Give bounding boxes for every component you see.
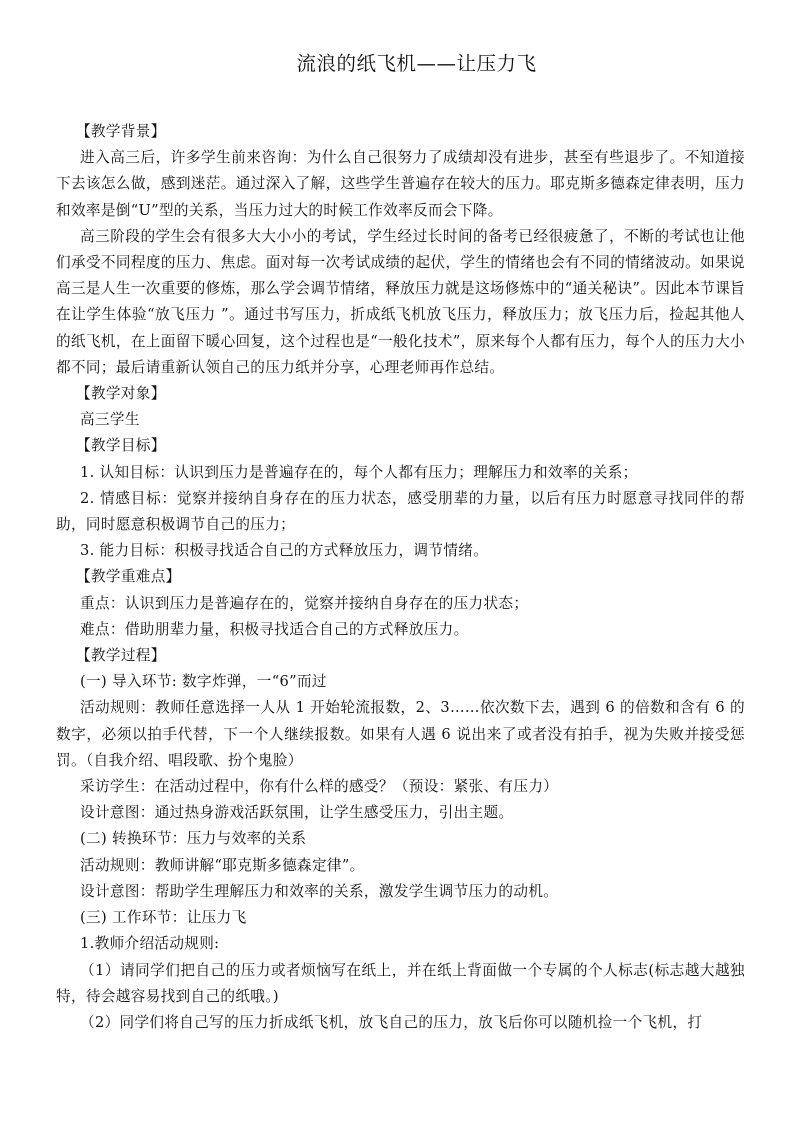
step2-rule: 活动规则：教师讲解“耶克斯多德森定律”。 bbox=[56, 853, 745, 879]
background-paragraph-1: 进入高三后，许多学生前来咨询：为什么自己很努力了成绩却没有进步，甚至有些退步了。… bbox=[56, 145, 745, 224]
section-heading-process: 【教学过程】 bbox=[56, 643, 745, 669]
difficulty-point-text: 难点：借助朋辈力量，积极寻找适合自己的方式释放压力。 bbox=[56, 617, 745, 643]
step1-rule: 活动规则：教师任意选择一人从 1 开始轮流报数，2、3……依次数下去，遇到 6 … bbox=[56, 695, 745, 774]
goal-item-3: 3. 能力目标：积极寻找适合自己的方式释放压力，调节情绪。 bbox=[56, 538, 745, 564]
section-heading-background: 【教学背景】 bbox=[56, 119, 745, 145]
audience-text: 高三学生 bbox=[56, 407, 745, 433]
step2-intent: 设计意图：帮助学生理解压力和效率的关系，激发学生调节压力的动机。 bbox=[56, 879, 745, 905]
step1-interview: 采访学生：在活动过程中，你有什么样的感受？（预设：紧张、有压力） bbox=[56, 774, 745, 800]
goal-item-2: 2. 情感目标：觉察并接纳自身存在的压力状态，感受朋辈的力量，以后有压力时愿意寻… bbox=[56, 486, 745, 538]
key-point-text: 重点：认识到压力是普遍存在的，觉察并接纳自身存在的压力状态； bbox=[56, 591, 745, 617]
section-heading-goals: 【教学目标】 bbox=[56, 433, 745, 459]
step3-intro: 1.教师介绍活动规则: bbox=[56, 931, 745, 957]
step3-item-1: （1）请同学们把自己的压力或者烦恼写在纸上，并在纸上背面做一个专属的个人标志(标… bbox=[56, 958, 745, 1010]
document-page: 流浪的纸飞机——让压力飞 【教学背景】 进入高三后，许多学生前来咨询：为什么自己… bbox=[0, 0, 793, 1122]
step1-title: (一) 导入环节: 数字炸弹，一“6”而过 bbox=[56, 669, 745, 695]
document-title: 流浪的纸飞机——让压力飞 bbox=[0, 48, 793, 76]
section-heading-key-points: 【教学重难点】 bbox=[56, 564, 745, 590]
step3-item-2: （2）同学们将自己写的压力折成纸飞机，放飞自己的压力，放飞后你可以随机捡一个飞机… bbox=[56, 1010, 745, 1036]
background-paragraph-2: 高三阶段的学生会有很多大大小小的考试，学生经过长时间的备考已经很疲惫了，不断的考… bbox=[56, 224, 745, 381]
document-body: 【教学背景】 进入高三后，许多学生前来咨询：为什么自己很努力了成绩却没有进步，甚… bbox=[56, 119, 745, 1036]
step1-intent: 设计意图：通过热身游戏活跃氛围，让学生感受压力，引出主题。 bbox=[56, 800, 745, 826]
goal-item-1: 1. 认知目标：认识到压力是普遍存在的，每个人都有压力；理解压力和效率的关系； bbox=[56, 460, 745, 486]
step3-title: (三) 工作环节：让压力飞 bbox=[56, 905, 745, 931]
section-heading-audience: 【教学对象】 bbox=[56, 381, 745, 407]
step2-title: (二) 转换环节：压力与效率的关系 bbox=[56, 826, 745, 852]
